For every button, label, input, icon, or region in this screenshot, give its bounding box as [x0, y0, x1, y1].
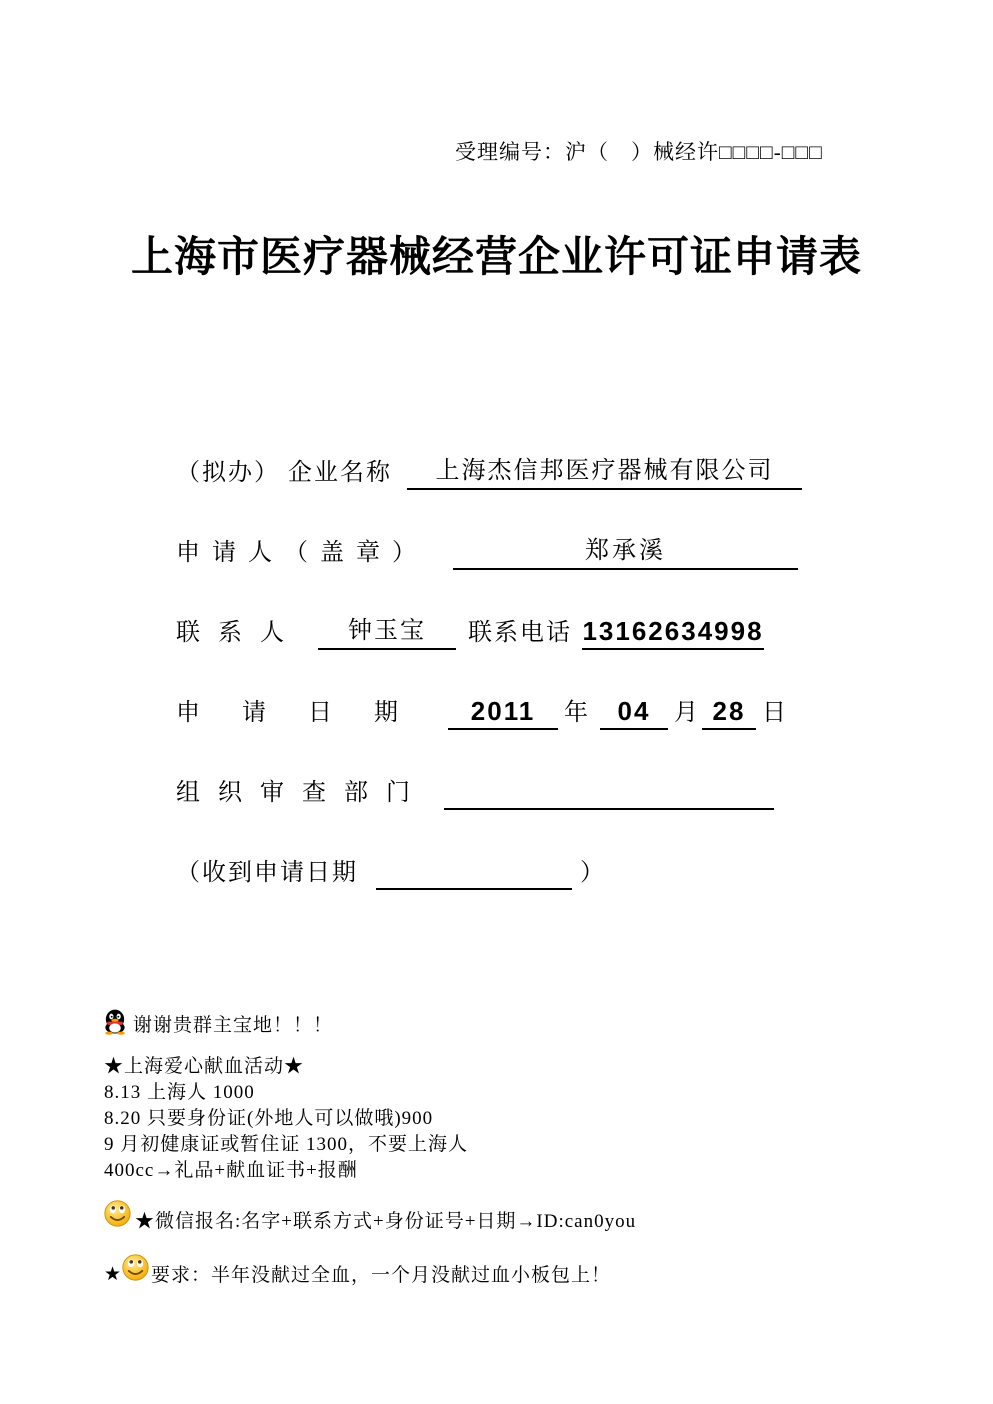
- blood-drive-title: ★上海爱心献血活动★: [104, 1054, 924, 1080]
- wechat-signup-text: ★微信报名:名字+联系方式+身份证号+日期→ID:can0you: [135, 1200, 636, 1235]
- received-date-row: （收到申请日期 ）: [176, 856, 876, 890]
- blood-drive-line: 8.13 上海人 1000: [104, 1080, 924, 1106]
- requirement-line: ★ 要求：半年没献过全血，一个月没献: [104, 1254, 924, 1289]
- review-department-value: [444, 774, 774, 810]
- company-name-row: （拟办） 企业名称 上海杰信邦医疗器械有限公司: [176, 456, 876, 490]
- application-date-label: 申请日期: [176, 696, 440, 730]
- applicant-value: 郑承溪: [453, 534, 798, 570]
- blood-drive-line: 8.20 只要身份证(外地人可以做哦)900: [104, 1106, 924, 1132]
- thanks-text: 谢谢贵群主宝地！！！: [133, 1013, 333, 1039]
- review-department-label: 组织审查部门: [176, 776, 428, 810]
- contact-value: 钟玉宝: [318, 614, 456, 650]
- blood-drive-line: 400cc→礼品+献血证书+报酬: [104, 1158, 924, 1184]
- phone-label: 联系电话: [468, 616, 572, 650]
- day-value: 28: [702, 694, 756, 730]
- contact-row: 联系人 钟玉宝 联系电话 13162634998: [176, 616, 876, 650]
- star-glyph: ★: [104, 1254, 122, 1288]
- qq-penguin-icon: [104, 1009, 126, 1043]
- day-unit: 日: [762, 696, 786, 730]
- application-date-row: 申请日期 2011 年 04 月 28 日: [176, 696, 876, 730]
- received-date-label: （收到申请日期: [176, 856, 358, 890]
- received-date-close-paren: ）: [580, 856, 604, 890]
- application-form: （拟办） 企业名称 上海杰信邦医疗器械有限公司 申请人（盖章） 郑承溪 联系人 …: [176, 456, 876, 936]
- promo-footer: 谢谢贵群主宝地！！！ ★上海爱心献血活动★ 8.13 上海人 1000 8.20…: [104, 1008, 924, 1289]
- blood-drive-line: 9 月初健康证或暂住证 1300，不要上海人: [104, 1132, 924, 1158]
- page-title: 上海市医疗器械经营企业许可证申请表: [0, 224, 993, 284]
- year-unit: 年: [564, 696, 588, 730]
- applicant-row: 申请人（盖章） 郑承溪: [176, 536, 876, 570]
- smiley-icon: [104, 1200, 131, 1235]
- month-value: 04: [600, 694, 668, 730]
- phone-value: 13162634998: [582, 614, 764, 650]
- acceptance-number: 受理编号：沪（ ）械经许□□□□-□□□: [455, 136, 823, 166]
- thanks-line: 谢谢贵群主宝地！！！: [104, 1008, 924, 1044]
- wechat-signup-line: ★微信报名:名字+联系方式+身份证号+日期→ID:can0you: [104, 1200, 924, 1240]
- review-department-row: 组织审查部门: [176, 776, 876, 810]
- month-unit: 月: [674, 696, 698, 730]
- blood-drive-lines: ★上海爱心献血活动★ 8.13 上海人 1000 8.20 只要身份证(外地人可…: [104, 1054, 924, 1184]
- company-name-value: 上海杰信邦医疗器械有限公司: [407, 454, 802, 490]
- company-name-label: （拟办） 企业名称: [176, 456, 392, 490]
- document-page: 受理编号：沪（ ）械经许□□□□-□□□ 上海市医疗器械经营企业许可证申请表 （…: [0, 0, 993, 1404]
- requirement-text: 要求：半年没献过全血，一个月没献过血小板包上！: [151, 1254, 611, 1289]
- year-value: 2011: [448, 694, 558, 730]
- contact-label: 联系人: [176, 616, 302, 650]
- applicant-label: 申请人（盖章）: [176, 536, 428, 570]
- smiley-icon: [122, 1254, 149, 1289]
- received-date-value: [376, 854, 572, 890]
